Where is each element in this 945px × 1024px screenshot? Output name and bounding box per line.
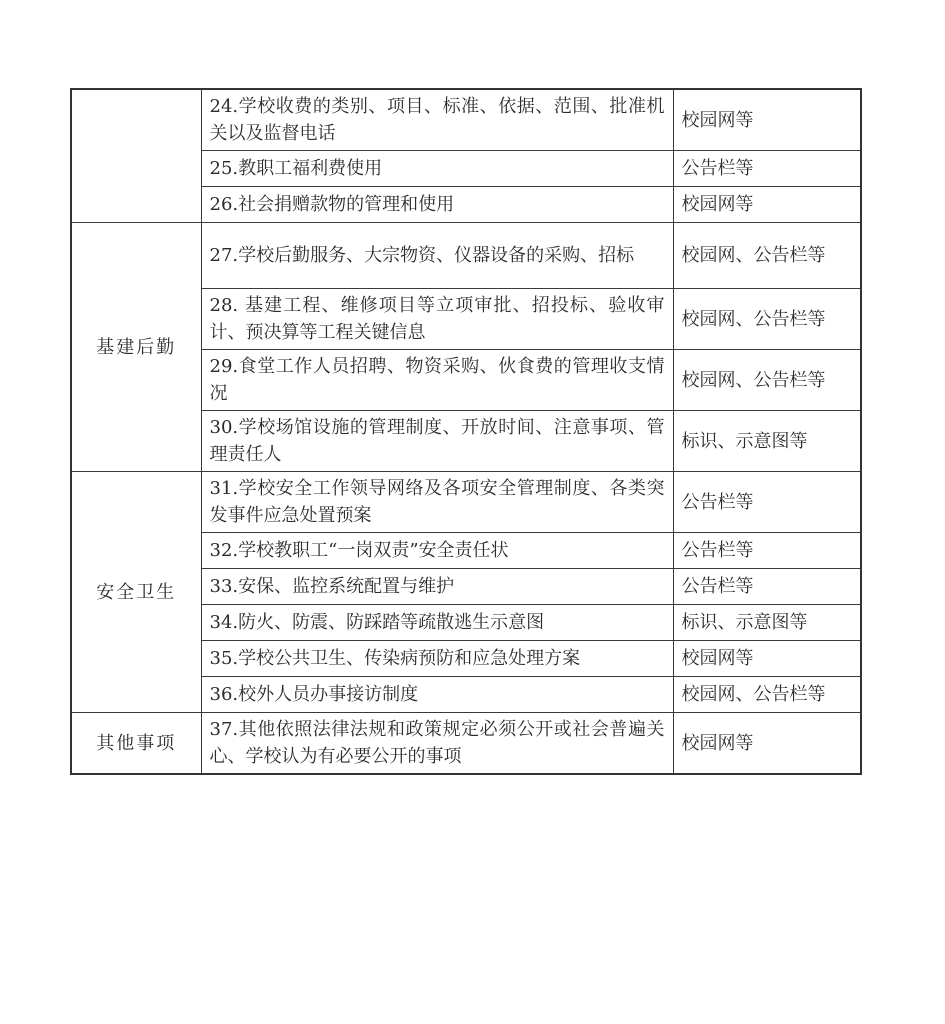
method-cell: 校园网、公告栏等: [673, 677, 861, 713]
item-cell: 27.学校后勤服务、大宗物资、仪器设备的采购、招标: [201, 223, 673, 289]
item-cell: 30.学校场馆设施的管理制度、开放时间、注意事项、管理责任人: [201, 411, 673, 472]
item-cell: 34.防火、防震、防踩踏等疏散逃生示意图: [201, 605, 673, 641]
disclosure-table: 24.学校收费的类别、项目、标准、依据、范围、批准机关以及监督电话 校园网等 2…: [70, 88, 862, 775]
table-row: 基建后勤 27.学校后勤服务、大宗物资、仪器设备的采购、招标 校园网、公告栏等: [71, 223, 861, 289]
method-cell: 校园网等: [673, 641, 861, 677]
table-row: 安全卫生 31.学校安全工作领导网络及各项安全管理制度、各类突发事件应急处置预案…: [71, 472, 861, 533]
method-cell: 公告栏等: [673, 151, 861, 187]
method-cell: 标识、示意图等: [673, 411, 861, 472]
item-cell: 26.社会捐赠款物的管理和使用: [201, 187, 673, 223]
method-cell: 校园网等: [673, 713, 861, 775]
item-cell: 25.教职工福利费使用: [201, 151, 673, 187]
method-cell: 校园网、公告栏等: [673, 223, 861, 289]
item-cell: 37.其他依照法律法规和政策规定必须公开或社会普遍关心、学校认为有必要公开的事项: [201, 713, 673, 775]
method-cell: 标识、示意图等: [673, 605, 861, 641]
method-cell: 校园网等: [673, 89, 861, 151]
table-row: 其他事项 37.其他依照法律法规和政策规定必须公开或社会普遍关心、学校认为有必要…: [71, 713, 861, 775]
method-cell: 校园网、公告栏等: [673, 289, 861, 350]
document-page: 24.学校收费的类别、项目、标准、依据、范围、批准机关以及监督电话 校园网等 2…: [0, 0, 945, 1024]
category-cell: [71, 89, 201, 223]
item-cell: 36.校外人员办事接访制度: [201, 677, 673, 713]
method-cell: 公告栏等: [673, 472, 861, 533]
category-cell: 其他事项: [71, 713, 201, 775]
item-cell: 32.学校教职工“一岗双责”安全责任状: [201, 533, 673, 569]
item-cell: 29.食堂工作人员招聘、物资采购、伙食费的管理收支情况: [201, 350, 673, 411]
item-cell: 35.学校公共卫生、传染病预防和应急处理方案: [201, 641, 673, 677]
item-cell: 28. 基建工程、维修项目等立项审批、招投标、验收审计、预决算等工程关键信息: [201, 289, 673, 350]
item-cell: 31.学校安全工作领导网络及各项安全管理制度、各类突发事件应急处置预案: [201, 472, 673, 533]
item-cell: 33.安保、监控系统配置与维护: [201, 569, 673, 605]
table-row: 24.学校收费的类别、项目、标准、依据、范围、批准机关以及监督电话 校园网等: [71, 89, 861, 151]
method-cell: 校园网、公告栏等: [673, 350, 861, 411]
method-cell: 公告栏等: [673, 569, 861, 605]
method-cell: 校园网等: [673, 187, 861, 223]
category-cell: 基建后勤: [71, 223, 201, 472]
method-cell: 公告栏等: [673, 533, 861, 569]
category-cell: 安全卫生: [71, 472, 201, 713]
item-cell: 24.学校收费的类别、项目、标准、依据、范围、批准机关以及监督电话: [201, 89, 673, 151]
